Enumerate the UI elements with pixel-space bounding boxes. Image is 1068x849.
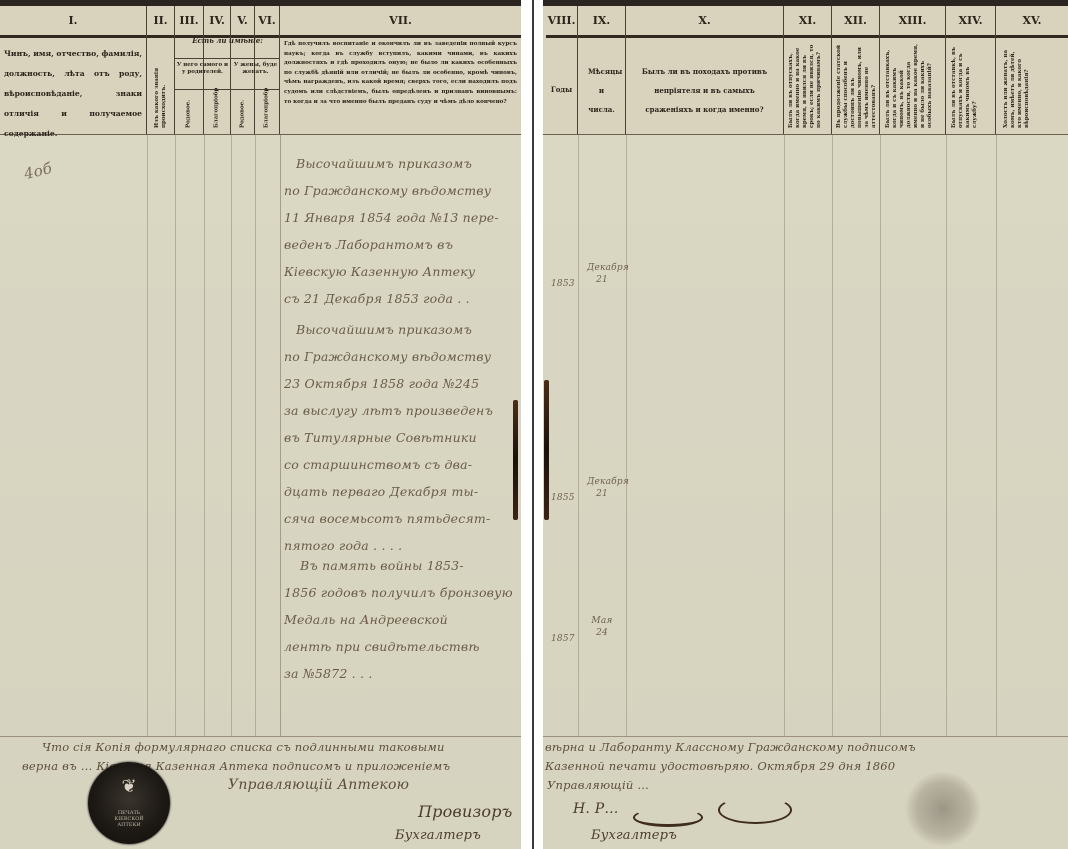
column-rule <box>280 135 281 737</box>
column-number: IV. <box>204 6 230 38</box>
entry-line: съ 21 Декабря 1853 года . . <box>284 285 470 313</box>
entry-year: 1855 <box>551 492 575 504</box>
certification-line: Управляющій … <box>547 776 649 795</box>
column-number: XIII. <box>880 6 945 38</box>
column-rule <box>255 135 256 737</box>
entry-month-day: Декабря 21 <box>587 262 617 286</box>
column-caption: Былъ ли въ походахъ противъ непріятеля и… <box>640 62 769 130</box>
entry-line: со старшинствомъ съ два- <box>284 451 472 479</box>
column-number: VI. <box>255 6 279 38</box>
column-header-xiii: XIII. Былъ ли въ отставкахъ, когда и съ … <box>880 6 946 134</box>
column-rule <box>175 135 176 737</box>
entry-line: за выслугу лѣтъ произведенъ <box>284 397 493 425</box>
column-number: VIII. <box>546 6 577 38</box>
column-number: V. <box>231 6 254 38</box>
left-page: I. Чинъ, имя, отчество, фамилія, должнос… <box>0 0 521 849</box>
certification-line: вѣрна и Лаборанту Классному Гражданскому… <box>545 738 916 757</box>
column-header-xiv: XIV. Былъ ли въ отставкѣ, въ отпускахъ и… <box>946 6 996 134</box>
column-header-xii: XII. Въ продолженіе статской службы спос… <box>832 6 880 134</box>
column-rule <box>784 135 785 737</box>
entry-line: 11 Января 1854 года №13 пере- <box>284 204 499 232</box>
entry-line: Высочайшимъ приказомъ <box>296 150 472 178</box>
column-rule <box>880 135 881 737</box>
column-caption: Въ продолженіе статской службы способенъ… <box>836 40 876 128</box>
table-bottom-rule <box>0 736 521 737</box>
column-rule <box>147 135 148 737</box>
left-header-band: I. Чинъ, имя, отчество, фамилія, должнос… <box>0 6 521 135</box>
certification-line: Что сія Копія формулярнаго списка съ под… <box>42 738 445 757</box>
column-number: II. <box>147 6 174 38</box>
signature-flourish <box>718 796 792 824</box>
binding-stain <box>513 400 518 520</box>
entry-line: за №5872 . . . <box>284 660 373 688</box>
wax-seal: ❦ ПЕЧАТЬ КІЕВСКОЙ АПТЕКИ <box>88 762 170 844</box>
entry-line: Въ память войны 1853- <box>300 552 464 580</box>
entry-line: веденъ Лаборантомъ въ <box>284 231 453 259</box>
column-rule <box>996 135 997 737</box>
column-caption: Годы <box>547 82 576 130</box>
certification-line: Казенной печати удостовѣряю. Октября 29 … <box>545 757 895 776</box>
entry-line: 23 Октября 1858 года №245 <box>284 370 479 398</box>
column-header-ii: II. Изъ какого званія происходитъ. <box>147 6 175 134</box>
column-number: III. <box>175 6 203 38</box>
column-rule <box>626 135 627 737</box>
column-header-viii: VIII. Годы <box>546 6 578 134</box>
column-number: IX. <box>578 6 625 38</box>
column-rule <box>231 135 232 737</box>
column-caption: Чинъ, имя, отчество, фамилія, должность,… <box>4 44 142 130</box>
right-header-band: VIII. Годы IX. Мѣсяцы и числа. X. Былъ л… <box>543 6 1068 135</box>
entry-month-day: Мая 24 <box>587 615 617 639</box>
column-caption: Мѣсяцы и числа. <box>588 62 615 130</box>
faded-ink-stamp <box>905 772 981 846</box>
entry-year: 1853 <box>551 278 575 290</box>
right-ruled-area <box>543 135 1068 737</box>
double-headed-eagle-icon: ❦ <box>121 778 136 796</box>
entry-month-day: Декабря 21 <box>587 476 617 500</box>
entry-line: сяча восемьсотъ пятьдесят- <box>284 505 490 533</box>
column-number: X. <box>626 6 783 38</box>
column-caption: Родовое. <box>239 88 246 128</box>
column-number: VII. <box>280 6 521 38</box>
column-rule <box>204 135 205 737</box>
column-number: XII. <box>832 6 879 38</box>
entry-line: по Гражданскому вѣдомству <box>284 343 491 371</box>
entry-line: Высочайшимъ приказомъ <box>296 316 472 344</box>
column-caption: Изъ какого званія происходитъ. <box>154 40 168 128</box>
column-caption: Холостъ или женатъ, на комъ, имѣетъ ли д… <box>1003 40 1061 128</box>
column-number: XI. <box>784 6 831 38</box>
entry-line: по Гражданскому вѣдомству <box>284 177 491 205</box>
column-rule <box>578 135 579 737</box>
entry-year: 1857 <box>551 633 575 645</box>
certification-line: Управляющій Аптекою <box>228 776 409 795</box>
column-number: I. <box>0 6 146 38</box>
entry-line: Кіевскую Казенную Аптеку <box>284 258 475 286</box>
column-number: XV. <box>996 6 1068 38</box>
property-group-own: У него самого и у родителей. <box>175 58 231 90</box>
column-header-x: X. Былъ ли въ походахъ противъ непріятел… <box>626 6 784 134</box>
column-header-ix: IX. Мѣсяцы и числа. <box>578 6 626 134</box>
right-page: VIII. Годы IX. Мѣсяцы и числа. X. Былъ л… <box>543 0 1068 849</box>
property-header: Есть ли имѣніе: <box>175 36 280 45</box>
column-caption: Былъ ли въ отпускахъ, когда именно и на … <box>788 40 828 128</box>
column-caption: Былъ ли въ отставкахъ, когда и съ какимъ… <box>885 40 941 128</box>
column-caption: Благопріобрѣтенное. <box>214 88 221 128</box>
column-caption: Родовое. <box>186 88 193 128</box>
column-rule <box>946 135 947 737</box>
seal-inscription: ПЕЧАТЬ КІЕВСКОЙ АПТЕКИ <box>88 810 170 828</box>
certification-line: верна въ … Кіевская Казенная Аптека подп… <box>22 757 450 776</box>
entry-line: дцать перваго Декабря ты- <box>284 478 478 506</box>
signature: Бухгалтеръ <box>395 822 481 849</box>
column-caption: Былъ ли въ отставкѣ, въ отпускахъ и когд… <box>951 40 991 128</box>
entry-line: въ Титулярные Совѣтники <box>284 424 477 452</box>
column-header-vii: VII. Гдѣ получилъ воспитаніе и окончилъ … <box>280 6 521 134</box>
column-header-i: I. Чинъ, имя, отчество, фамилія, должнос… <box>0 6 147 134</box>
column-number: XIV. <box>946 6 995 38</box>
page-gutter <box>532 0 534 849</box>
entry-line: лентѣ при свидѣтельствѣ <box>284 633 480 661</box>
signature: Н. Р… <box>573 796 619 824</box>
entry-line: 1856 годовъ получилъ бронзовую <box>284 579 513 607</box>
binding-stain <box>544 380 549 520</box>
column-header-xi: XI. Былъ ли въ отпускахъ, когда именно и… <box>784 6 832 134</box>
column-header-xv: XV. Холостъ или женатъ, на комъ, имѣетъ … <box>996 6 1068 134</box>
table-bottom-rule <box>543 736 1068 737</box>
column-caption: Благопріобрѣтенное. <box>264 88 271 128</box>
property-group-wife: У жены, буде женатъ. <box>231 58 280 90</box>
column-caption: Гдѣ получилъ воспитаніе и окончилъ ли въ… <box>284 40 517 130</box>
column-rule <box>832 135 833 737</box>
entry-line: Медаль на Андреевской <box>284 606 448 634</box>
signature-flourish <box>633 808 703 827</box>
